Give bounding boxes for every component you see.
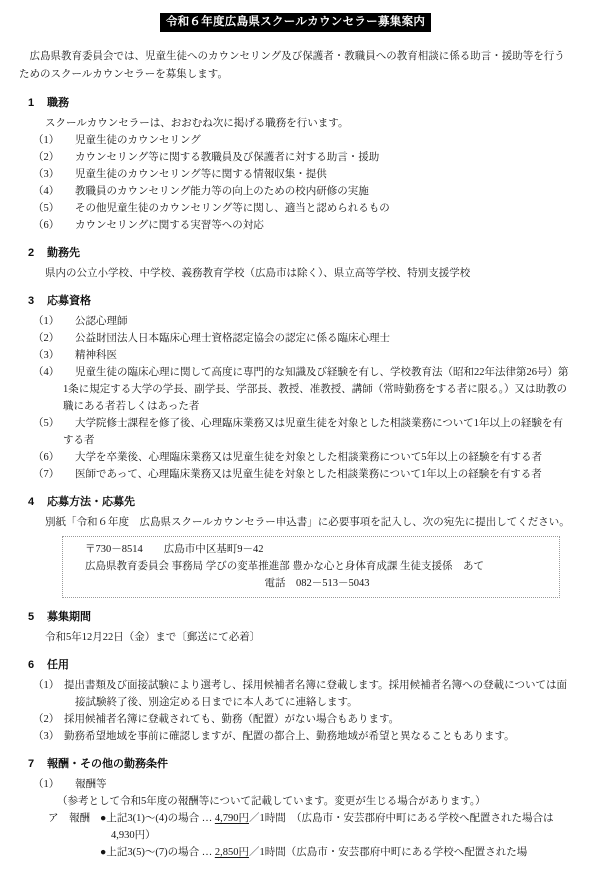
list-item: （6）カウンセリングに関する実習等への対応 bbox=[63, 217, 572, 234]
item-label: （6） bbox=[33, 449, 75, 466]
item-text: 児童生徒の臨床心理に関して高度に専門的な知識及び経験を有し、学校教育法（昭和22… bbox=[63, 367, 569, 412]
item-label: （1） bbox=[33, 313, 75, 330]
pay-amount: 4,790円 bbox=[215, 813, 249, 824]
item-text: 大学を卒業後、心理臨床業務又は児童生徒を対象とした相談業務について5年以上の経験… bbox=[75, 452, 542, 463]
section-number: 5 bbox=[28, 609, 47, 626]
item-label: （4） bbox=[33, 364, 75, 381]
item-label: （4） bbox=[33, 183, 75, 200]
item-text: 大学院修士課程を修了後、心理臨床業務又は児童生徒を対象とした相談業務について1年… bbox=[63, 418, 563, 446]
doc-title: 令和６年度広島県スクールカウンセラー募集案内 bbox=[160, 13, 431, 32]
section-duties-lead: スクールカウンセラーは、おおむね次に掲げる職務を行います。 bbox=[45, 115, 572, 132]
item-label: （2） bbox=[33, 330, 75, 347]
pay-bullet-item: ●上記3(1)～(4)の場合 … 4,790円／1時間 （広島市・安芸郡府中町に… bbox=[100, 810, 572, 844]
section-title: 応募方法・応募先 bbox=[47, 496, 135, 508]
section-qualifications-heading: 3応募資格 bbox=[28, 293, 572, 310]
list-item: （3）児童生徒のカウンセリング等に関する情報収集・提供 bbox=[63, 166, 572, 183]
section-title: 応募資格 bbox=[47, 295, 91, 307]
item-text: 公益財団法人日本臨床心理士資格認定協会の認定に係る臨床心理士 bbox=[75, 333, 390, 344]
list-item: （1）公認心理師 bbox=[63, 313, 572, 330]
item-label: （1） bbox=[33, 677, 64, 694]
intro-paragraph: 広島県教育委員会では、児童生徒へのカウンセリング及び保護者・教職員への教育相談に… bbox=[19, 48, 572, 84]
title-bar: 令和６年度広島県スクールカウンセラー募集案内 bbox=[19, 13, 572, 32]
pay-row: ア 報酬 ●上記3(1)～(4)の場合 … 4,790円／1時間 （広島市・安芸… bbox=[48, 810, 572, 861]
item-text: 採用候補者名簿に登載されても、勤務（配置）がない場合もあります。 bbox=[64, 714, 399, 725]
section-appointment: 6任用 （1）提出書類及び面接試験により選考し、採用候補者名簿に登載します。採用… bbox=[19, 657, 572, 745]
item-text: カウンセリングに関する実習等への対応 bbox=[75, 220, 264, 231]
section-title: 任用 bbox=[47, 659, 69, 671]
pay-condition: 上記3(1)～(4)の場合 … bbox=[106, 813, 215, 824]
item-label: （7） bbox=[33, 466, 75, 483]
section-appointment-heading: 6任用 bbox=[28, 657, 572, 674]
section-application-lead: 別紙「令和６年度 広島県スクールカウンセラー申込書」に必要事項を記入し、次の宛先… bbox=[45, 514, 572, 531]
section-title: 職務 bbox=[47, 97, 69, 109]
list-item: （2）カウンセリング等に関する教職員及び保護者に対する助言・援助 bbox=[63, 149, 572, 166]
section-qualifications: 3応募資格 （1）公認心理師 （2）公益財団法人日本臨床心理士資格認定協会の認定… bbox=[19, 293, 572, 483]
section-application: 4応募方法・応募先 別紙「令和６年度 広島県スクールカウンセラー申込書」に必要事… bbox=[19, 494, 572, 598]
list-item: （3）勤務希望地域を事前に確認しますが、配置の都合上、勤務地域が希望と異なること… bbox=[75, 728, 572, 745]
section-application-heading: 4応募方法・応募先 bbox=[28, 494, 572, 511]
section-workplace-text: 県内の公立小学校、中学校、義務教育学校（広島市は除く）、県立高等学校、特別支援学… bbox=[45, 265, 572, 282]
section-compensation-heading: 7報酬・その他の勤務条件 bbox=[28, 756, 572, 773]
section-workplace: 2勤務先 県内の公立小学校、中学校、義務教育学校（広島市は除く）、県立高等学校、… bbox=[19, 245, 572, 282]
address-phone-line: 電話 082－513－5043 bbox=[85, 575, 549, 592]
item-text: 教職員のカウンセリング能力等の向上のための校内研修の実施 bbox=[75, 186, 369, 197]
item-text: 報酬等 bbox=[75, 779, 107, 790]
section-period: 5募集期間 令和5年12月22日（金）まで〔郵送にて必着〕 bbox=[19, 609, 572, 646]
item-label: （5） bbox=[33, 200, 75, 217]
list-item: （1）児童生徒のカウンセリング bbox=[63, 132, 572, 149]
section-number: 1 bbox=[28, 95, 47, 112]
item-text: 勤務希望地域を事前に確認しますが、配置の都合上、勤務地域が希望と異なることもあり… bbox=[64, 731, 515, 742]
list-item: （1）提出書類及び面接試験により選考し、採用候補者名簿に登載します。採用候補者名… bbox=[75, 677, 572, 711]
list-item: （6）大学を卒業後、心理臨床業務又は児童生徒を対象とした相談業務について5年以上… bbox=[63, 449, 572, 466]
list-item: （2）公益財団法人日本臨床心理士資格認定協会の認定に係る臨床心理士 bbox=[63, 330, 572, 347]
item-label: （5） bbox=[33, 415, 75, 432]
compensation-sub-heading: （1）報酬等 bbox=[63, 776, 572, 793]
item-label: （1） bbox=[33, 132, 75, 149]
item-text: 提出書類及び面接試験により選考し、採用候補者名簿に登載します。採用候補者名簿への… bbox=[64, 680, 567, 708]
item-label: （3） bbox=[33, 166, 75, 183]
section-number: 2 bbox=[28, 245, 47, 262]
list-item: （5）その他児童生徒のカウンセリング等に関し、適当と認められるもの bbox=[63, 200, 572, 217]
item-text: 公認心理師 bbox=[75, 316, 128, 327]
list-item: （4）教職員のカウンセリング能力等の向上のための校内研修の実施 bbox=[63, 183, 572, 200]
section-compensation: 7報酬・その他の勤務条件 （1）報酬等 （参考として令和5年度の報酬等について記… bbox=[19, 756, 572, 861]
section-title: 勤務先 bbox=[47, 247, 80, 259]
address-office-line: 広島県教育委員会 事務局 学びの変革推進部 豊かな心と身体育成課 生徒支援係 あ… bbox=[85, 558, 549, 575]
section-duties: 1職務 スクールカウンセラーは、おおむね次に掲げる職務を行います。 （1）児童生… bbox=[19, 95, 572, 234]
item-label: （2） bbox=[33, 149, 75, 166]
pay-row-label: ア 報酬 bbox=[48, 810, 100, 861]
item-text: その他児童生徒のカウンセリング等に関し、適当と認められるもの bbox=[75, 203, 390, 214]
address-box: 〒730－8514 広島市中区基町9－42 広島県教育委員会 事務局 学びの変革… bbox=[62, 536, 560, 598]
item-label: （6） bbox=[33, 217, 75, 234]
item-label: （3） bbox=[33, 347, 75, 364]
item-label: （3） bbox=[33, 728, 64, 745]
item-text: 児童生徒のカウンセリング bbox=[75, 135, 201, 146]
list-item: （7）医師であって、心理臨床業務又は児童生徒を対象とした相談業務について1年以上… bbox=[63, 466, 572, 483]
section-number: 6 bbox=[28, 657, 47, 674]
section-workplace-heading: 2勤務先 bbox=[28, 245, 572, 262]
pay-bullet-item: ●上記3(5)～(7)の場合 … 2,850円／1時間（広島市・安芸郡府中町にあ… bbox=[100, 844, 572, 861]
section-number: 3 bbox=[28, 293, 47, 310]
item-label: （1） bbox=[33, 776, 75, 793]
list-item: （5）大学院修士課程を修了後、心理臨床業務又は児童生徒を対象とした相談業務につい… bbox=[63, 415, 572, 449]
section-number: 4 bbox=[28, 494, 47, 511]
address-postal-line: 〒730－8514 広島市中区基町9－42 bbox=[85, 541, 549, 558]
document-page: 令和６年度広島県スクールカウンセラー募集案内 広島県教育委員会では、児童生徒への… bbox=[0, 0, 600, 891]
list-item: （3）精神科医 bbox=[63, 347, 572, 364]
section-number: 7 bbox=[28, 756, 47, 773]
pay-condition: 上記3(5)～(7)の場合 … bbox=[106, 847, 215, 858]
section-title: 報酬・その他の勤務条件 bbox=[47, 758, 168, 770]
list-item: （4）児童生徒の臨床心理に関して高度に専門的な知識及び経験を有し、学校教育法（昭… bbox=[63, 364, 572, 415]
pay-amount: 2,850円 bbox=[215, 847, 249, 858]
item-text: 精神科医 bbox=[75, 350, 117, 361]
section-period-heading: 5募集期間 bbox=[28, 609, 572, 626]
item-text: 医師であって、心理臨床業務又は児童生徒を対象とした相談業務について1年以上の経験… bbox=[75, 469, 542, 480]
item-text: カウンセリング等に関する教職員及び保護者に対する助言・援助 bbox=[75, 152, 379, 163]
item-label: （2） bbox=[33, 711, 64, 728]
section-duties-heading: 1職務 bbox=[28, 95, 572, 112]
section-period-text: 令和5年12月22日（金）まで〔郵送にて必着〕 bbox=[45, 629, 572, 646]
pay-detail: ／1時間（広島市・安芸郡府中町にある学校へ配置された場 bbox=[249, 847, 527, 858]
compensation-note: （参考として令和5年度の報酬等について記載しています。変更が生じる場合があります… bbox=[57, 793, 572, 810]
pay-bullets: ●上記3(1)～(4)の場合 … 4,790円／1時間 （広島市・安芸郡府中町に… bbox=[100, 810, 572, 861]
list-item: （2）採用候補者名簿に登載されても、勤務（配置）がない場合もあります。 bbox=[75, 711, 572, 728]
section-title: 募集期間 bbox=[47, 611, 91, 623]
item-text: 児童生徒のカウンセリング等に関する情報収集・提供 bbox=[75, 169, 327, 180]
